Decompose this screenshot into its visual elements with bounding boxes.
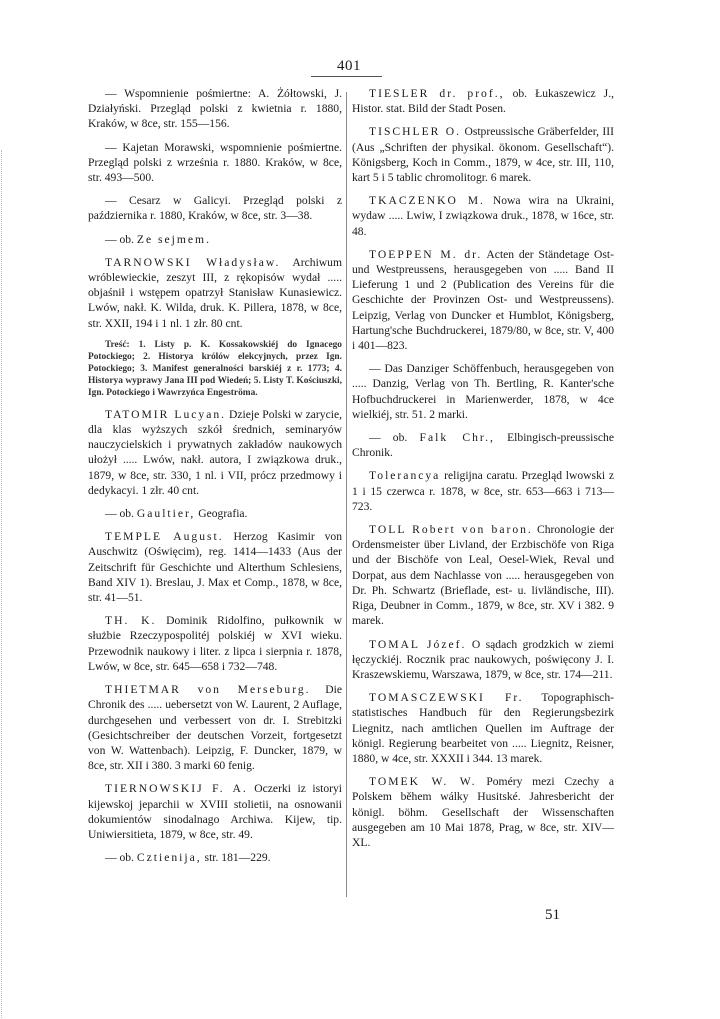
bibliography-entry: — Das Danziger Schöffenbuch, herausgegeb…: [352, 361, 614, 422]
entry-heading: — ob.: [105, 233, 137, 246]
bibliography-entry: TATOMIR Lucyan. Dzieje Polski w zarycie,…: [88, 407, 342, 498]
entry-heading: TKACZENKO M.: [369, 194, 485, 207]
entry-text: Die Chronik des ..... uebersetzt von W. …: [88, 683, 342, 772]
bibliography-entry: TARNOWSKI Władysław. Archiwum wróblewiec…: [88, 255, 342, 331]
bibliography-entry: TIERNOWSKIJ F. A. Oczerki iz istoryi kij…: [88, 781, 342, 842]
scan-edge-line: [1, 150, 2, 1019]
column-divider: [346, 92, 347, 897]
bibliography-entry: — Kajetan Morawski, wspomnienie pośmiert…: [88, 140, 342, 186]
bibliography-entry: TH. K. Dominik Ridolfino, pułkownik w sł…: [88, 613, 342, 674]
bibliography-entry: — Wspomnienie pośmiertne: A. Żółtowski, …: [88, 86, 342, 132]
cross-reference: Ze sejmem.: [137, 233, 211, 246]
bibliography-entry: TOEPPEN M. dr. Acten der Ständetage Ost-…: [352, 247, 614, 353]
bibliography-entry: TOMEK W. W. Poméry mezi Czechy a Polskem…: [352, 774, 614, 850]
bibliography-entry: — ob. Gaultier, Geografia.: [88, 506, 342, 521]
contents-note: Treść: 1. Listy p. K. Kossakowskiéj do I…: [88, 339, 342, 399]
bibliography-entry: TISCHLER O. Ostpreussische Gräberfelder,…: [352, 124, 614, 185]
entry-heading: TOMEK W. W.: [369, 775, 477, 788]
bibliography-entry: — Cesarz w Galicyi. Przegląd polski z pa…: [88, 193, 342, 223]
entry-heading: — ob.: [369, 431, 420, 444]
entry-heading: TARNOWSKI Władysław.: [105, 256, 280, 269]
entry-text: — Das Danziger Schöffenbuch, herausgegeb…: [352, 362, 614, 421]
bibliography-entry: — ob. Falk Chr., Elbingisch-preussische …: [352, 430, 614, 460]
cross-reference: Gaultier,: [137, 507, 195, 520]
entry-text: — Wspomnienie pośmiertne: A. Żółtowski, …: [88, 87, 342, 130]
cross-reference: Falk Chr.,: [420, 431, 495, 444]
page-number: 401: [337, 58, 361, 75]
entry-text: — Kajetan Morawski, wspomnienie pośmiert…: [88, 141, 342, 184]
bibliography-entry: Tolerancya religijna caratu. Przegląd lw…: [352, 468, 614, 514]
header-rule: [311, 76, 382, 77]
entry-heading: TH. K.: [105, 614, 156, 627]
bibliography-entry: TEMPLE August. Herzog Kasimir von Auschw…: [88, 529, 342, 605]
entry-heading: TISCHLER O.: [369, 125, 461, 138]
entry-heading: TOMASCZEWSKI Fr.: [369, 691, 524, 704]
entry-text: — Cesarz w Galicyi. Przegląd polski z pa…: [88, 194, 342, 222]
bibliography-entry: TOMAL Józef. O sądach grodzkich w ziemi …: [352, 637, 614, 683]
entry-heading: — ob.: [105, 851, 137, 864]
entry-heading: — ob.: [105, 507, 137, 520]
entry-heading: Tolerancya: [369, 469, 440, 482]
bibliography-entry: TOMASCZEWSKI Fr. Topographisch-statistis…: [352, 690, 614, 766]
bibliography-entry: TOLL Robert von baron. Chronologie der O…: [352, 522, 614, 628]
bibliography-entry: THIETMAR von Merseburg. Die Chronik des …: [88, 682, 342, 773]
entry-heading: TIESLER dr. prof.,: [369, 87, 505, 100]
entry-text: Chronologie der Ordensmeister über Livla…: [352, 523, 614, 627]
entry-heading: THIETMAR von Merseburg.: [105, 683, 311, 696]
entry-heading: TOMAL Józef.: [369, 638, 466, 651]
entry-text: Dzieje Polski w zarycie, dla klas wyższy…: [88, 408, 342, 497]
cross-reference: Cztienija,: [137, 851, 202, 864]
left-column: — Wspomnienie pośmiertne: A. Żółtowski, …: [88, 86, 342, 873]
entry-heading: TATOMIR Lucyan.: [105, 408, 226, 421]
entry-heading: TOLL Robert von baron.: [369, 523, 533, 536]
bibliography-entry: — ob. Ze sejmem.: [88, 232, 342, 247]
entry-heading: TEMPLE August.: [105, 530, 224, 543]
bibliography-entry: TIESLER dr. prof., ob. Łukaszewicz J., H…: [352, 86, 614, 116]
entry-heading: TOEPPEN M. dr.: [369, 248, 482, 261]
entry-heading: TIERNOWSKIJ F. A.: [105, 782, 248, 795]
right-column: TIESLER dr. prof., ob. Łukaszewicz J., H…: [352, 86, 614, 858]
bibliography-entry: TKACZENKO M. Nowa wira na Ukraini, wydaw…: [352, 193, 614, 239]
entry-text: Acten der Ständetage Ost- und Westpreuss…: [352, 248, 614, 352]
printer-signature: 51: [545, 907, 560, 924]
entry-text: Geografia.: [195, 507, 247, 520]
bibliography-entry: — ob. Cztienija, str. 181—229.: [88, 850, 342, 865]
entry-text: str. 181—229.: [202, 851, 271, 864]
